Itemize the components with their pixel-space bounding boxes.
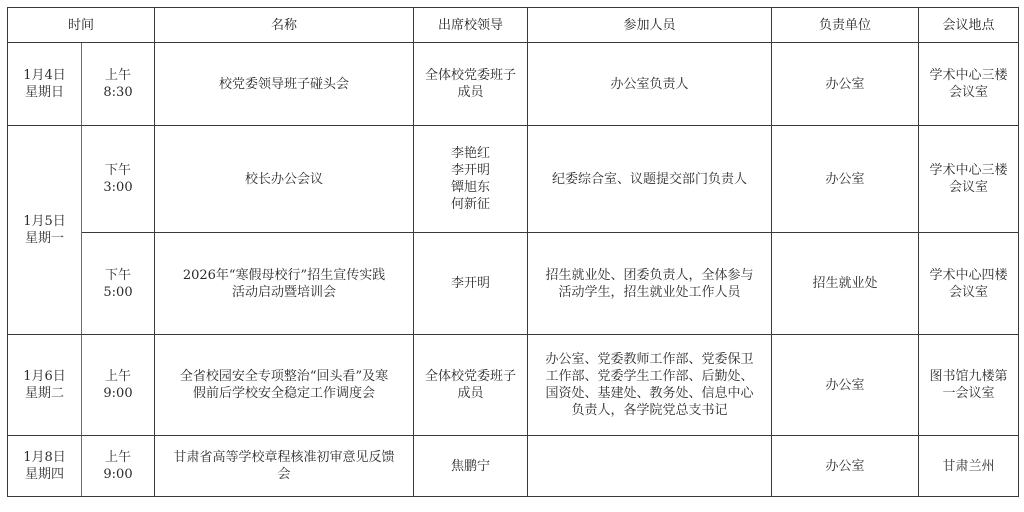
- location: 会议室: [922, 84, 1015, 101]
- weekday: 星期一: [11, 230, 78, 247]
- leader: 全体校党委班子: [417, 67, 524, 84]
- meeting-name-cell: 校长办公会议: [155, 126, 414, 233]
- location: 甘肃兰州: [922, 458, 1015, 475]
- location-cell: 学术中心三楼 会议室: [919, 126, 1019, 233]
- leader: 焦鹏宁: [417, 458, 524, 475]
- attendees-cell: [528, 436, 772, 497]
- attendees: 办公室、党委教师工作部、党委保卫: [531, 351, 768, 368]
- time-cell: 上午 8:30: [82, 43, 155, 126]
- leader: 成员: [417, 84, 524, 101]
- time-cell: 下午 5:00: [82, 233, 155, 335]
- date: 1月6日: [11, 368, 78, 385]
- date: 1月5日: [11, 213, 78, 230]
- responsible-unit-cell: 办公室: [772, 436, 919, 497]
- time: 5:00: [85, 284, 151, 301]
- time: 9:00: [85, 385, 151, 402]
- meeting-name: 全省校园安全专项整治“回头看”及寒: [158, 368, 410, 385]
- meeting-name: 校长办公会议: [158, 171, 410, 188]
- leader: 何新征: [417, 196, 524, 213]
- location: 学术中心三楼: [922, 67, 1015, 84]
- leaders-cell: 全体校党委班子 成员: [414, 43, 528, 126]
- meeting-name-cell: 甘肃省高等学校章程核准初审意见反馈 会: [155, 436, 414, 497]
- meeting-name-cell: 全省校园安全专项整治“回头看”及寒 假前后学校安全稳定工作调度会: [155, 335, 414, 436]
- location-cell: 学术中心四楼 会议室: [919, 233, 1019, 335]
- meeting-name: 2026年“寒假母校行”招生宣传实践: [158, 267, 410, 284]
- period: 上午: [85, 449, 151, 466]
- header-row: 时间 名称 出席校领导 参加人员 负责单位 会议地点: [8, 8, 1019, 43]
- header-responsible-unit: 负责单位: [772, 8, 919, 43]
- leader: 成员: [417, 385, 524, 402]
- responsible-unit-cell: 招生就业处: [772, 233, 919, 335]
- time: 8:30: [85, 84, 151, 101]
- period: 下午: [85, 267, 151, 284]
- time: 3:00: [85, 179, 151, 196]
- attendees-cell: 招生就业处、团委负责人，全体参与 活动学生，招生就业处工作人员: [528, 233, 772, 335]
- date: 1月4日: [11, 67, 78, 84]
- attendees-cell: 纪委综合室、议题提交部门负责人: [528, 126, 772, 233]
- table-row: 1月6日 星期二 上午 9:00 全省校园安全专项整治“回头看”及寒 假前后学校…: [8, 335, 1019, 436]
- date-cell: 1月5日 星期一: [8, 126, 82, 335]
- location: 一会议室: [922, 385, 1015, 402]
- meeting-name-cell: 2026年“寒假母校行”招生宣传实践 活动启动暨培训会: [155, 233, 414, 335]
- responsible-unit-cell: 办公室: [772, 43, 919, 126]
- period: 上午: [85, 67, 151, 84]
- location: 学术中心四楼: [922, 267, 1015, 284]
- attendees: 纪委综合室、议题提交部门负责人: [531, 171, 768, 188]
- meeting-name: 活动启动暨培训会: [158, 284, 410, 301]
- leader: 李开明: [417, 162, 524, 179]
- location: 会议室: [922, 284, 1015, 301]
- attendees: 办公室负责人: [531, 76, 768, 93]
- leaders-cell: 李开明: [414, 233, 528, 335]
- responsible-unit-cell: 办公室: [772, 335, 919, 436]
- time-cell: 上午 9:00: [82, 335, 155, 436]
- header-location: 会议地点: [919, 8, 1019, 43]
- attendees: 国资处、基建处、教务处、信息中心: [531, 385, 768, 402]
- header-leaders: 出席校领导: [414, 8, 528, 43]
- meeting-name-cell: 校党委领导班子碰头会: [155, 43, 414, 126]
- weekday: 星期日: [11, 84, 78, 101]
- table-row: 1月4日 星期日 上午 8:30 校党委领导班子碰头会 全体校党委班子 成员 办…: [8, 43, 1019, 126]
- leader: 李开明: [417, 275, 524, 292]
- date: 1月8日: [11, 449, 78, 466]
- time-cell: 下午 3:00: [82, 126, 155, 233]
- date-cell: 1月8日 星期四: [8, 436, 82, 497]
- weekday: 星期二: [11, 385, 78, 402]
- attendees: 工作部、党委学生工作部、后勤处、: [531, 368, 768, 385]
- time: 9:00: [85, 466, 151, 483]
- meeting-name: 假前后学校安全稳定工作调度会: [158, 385, 410, 402]
- attendees: 招生就业处、团委负责人，全体参与: [531, 267, 768, 284]
- location: 会议室: [922, 179, 1015, 196]
- date-cell: 1月4日 星期日: [8, 43, 82, 126]
- time-cell: 上午 9:00: [82, 436, 155, 497]
- attendees-cell: 办公室、党委教师工作部、党委保卫 工作部、党委学生工作部、后勤处、 国资处、基建…: [528, 335, 772, 436]
- meeting-name: 会: [158, 466, 410, 483]
- period: 上午: [85, 368, 151, 385]
- header-attendees: 参加人员: [528, 8, 772, 43]
- location-cell: 甘肃兰州: [919, 436, 1019, 497]
- meeting-name: 校党委领导班子碰头会: [158, 76, 410, 93]
- leader: 镡旭东: [417, 179, 524, 196]
- weekday: 星期四: [11, 466, 78, 483]
- meeting-schedule-table: 时间 名称 出席校领导 参加人员 负责单位 会议地点 1月4日 星期日 上午 8…: [7, 7, 1019, 497]
- location-cell: 学术中心三楼 会议室: [919, 43, 1019, 126]
- header-time: 时间: [8, 8, 155, 43]
- location: 图书馆九楼第: [922, 368, 1015, 385]
- leaders-cell: 焦鹏宁: [414, 436, 528, 497]
- period: 下午: [85, 162, 151, 179]
- table-row: 1月8日 星期四 上午 9:00 甘肃省高等学校章程核准初审意见反馈 会 焦鹏宁…: [8, 436, 1019, 497]
- leader: 全体校党委班子: [417, 368, 524, 385]
- header-name: 名称: [155, 8, 414, 43]
- location: 学术中心三楼: [922, 162, 1015, 179]
- leaders-cell: 李艳红 李开明 镡旭东 何新征: [414, 126, 528, 233]
- attendees-cell: 办公室负责人: [528, 43, 772, 126]
- leader: 李艳红: [417, 145, 524, 162]
- table-row: 下午 5:00 2026年“寒假母校行”招生宣传实践 活动启动暨培训会 李开明 …: [8, 233, 1019, 335]
- leaders-cell: 全体校党委班子 成员: [414, 335, 528, 436]
- table-row: 1月5日 星期一 下午 3:00 校长办公会议 李艳红 李开明 镡旭东 何新征 …: [8, 126, 1019, 233]
- attendees: 负责人，各学院党总支书记: [531, 402, 768, 419]
- date-cell: 1月6日 星期二: [8, 335, 82, 436]
- attendees: 活动学生，招生就业处工作人员: [531, 284, 768, 301]
- responsible-unit-cell: 办公室: [772, 126, 919, 233]
- location-cell: 图书馆九楼第 一会议室: [919, 335, 1019, 436]
- meeting-name: 甘肃省高等学校章程核准初审意见反馈: [158, 449, 410, 466]
